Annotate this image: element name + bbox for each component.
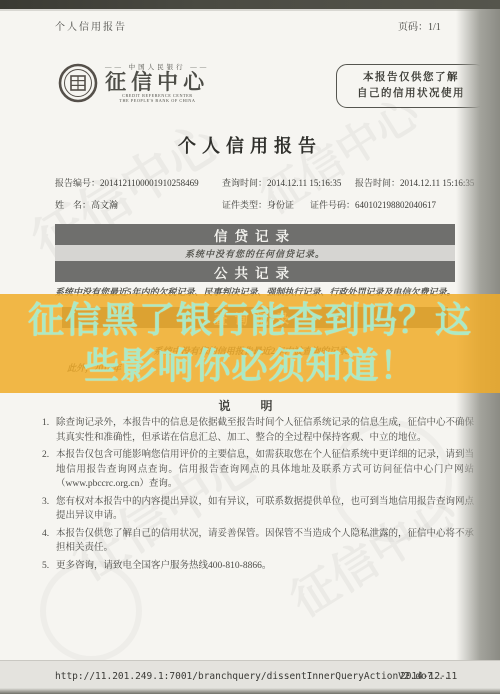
note-item: 1. 除查询记录外，本报告中的信息是依据截至报告时间个人征信系统记录的信息生成，…	[42, 416, 474, 445]
section-header-label: 信贷记录	[214, 225, 296, 245]
query-time: 查询时间：2014.12.11 15:16:35	[222, 176, 341, 189]
note-item: 2. 本报告仅包含可能影响您信用评价的主要信息，如需获取您在个人征信系统中更详细…	[42, 448, 474, 492]
note-text: 本报告仅包含可能影响您信用评价的主要信息，如需获取您在个人征信系统中更详细的记录…	[56, 450, 474, 489]
logo-english-line1: CREDIT REFERENCE CENTER	[122, 93, 193, 98]
note-item: 3. 您有权对本报告中的内容提出异议，如有异议，可联系数据提供单位，也可到当地信…	[42, 495, 474, 524]
logo-text-block: —— 中国人民银行 —— 征信中心 CREDIT REFERENCE CENTE…	[105, 62, 209, 103]
capture-date: 2014-12-11	[400, 671, 457, 682]
section-header-public-records: 公共记录	[55, 261, 455, 282]
note-text: 更多咨询，请致电全国客户服务热线400-810-8866。	[56, 561, 271, 571]
note-number: 3.	[42, 495, 49, 510]
page-header-title: 个人信用报告	[55, 18, 127, 33]
pboc-seal-icon	[58, 63, 98, 103]
report-meta-row1: 报告编号：2014121100001910258469 查询时间：2014.12…	[41, 176, 491, 190]
section-body-text: 系统中没有您的任何信贷记录。	[185, 247, 325, 260]
paper-top-edge	[0, 9, 500, 11]
credit-report-photo: 征信中心 征信中心 征信中心 征信中心 个人信用报告 页码：1/1 —— 中国人…	[0, 0, 500, 694]
id-type: 证件类型：身份证	[222, 198, 294, 211]
note-text: 您有权对本报告中的内容提出异议，如有异议，可联系数据提供单位，也可到当地信用报告…	[56, 497, 474, 522]
section-header-credit-records: 信贷记录	[55, 224, 455, 245]
person-name: 姓 名：高文瀚	[55, 198, 118, 211]
note-text: 本报告仅供您了解自己的信用状况，请妥善保管。因保管不当造成个人隐私泄露的，征信中…	[56, 529, 474, 554]
source-url: http://11.201.249.1:7001/branchquery/dis…	[55, 671, 450, 682]
pboc-logo: —— 中国人民银行 —— 征信中心 CREDIT REFERENCE CENTE…	[58, 62, 209, 103]
note-item: 4. 本报告仅供您了解自己的信用状况，请妥善保管。因保管不当造成个人隐私泄露的，…	[42, 527, 474, 556]
notes-section-title: 说 明	[0, 397, 500, 414]
section-header-label: 公共记录	[214, 262, 296, 282]
note-item: 5. 更多咨询，请致电全国客户服务热线400-810-8866。	[42, 559, 474, 574]
promo-overlay-banner: 征信黑了银行能查到吗？这 些影响你必须知道！	[0, 294, 500, 393]
logo-english-line2: THE PEOPLE'S BANK OF CHINA	[119, 98, 195, 103]
id-number: 证件号码：640102198802040617	[310, 198, 436, 211]
note-number: 2.	[42, 448, 49, 463]
page-number: 页码：1/1	[398, 18, 441, 33]
logo-center-name: 征信中心	[105, 71, 209, 93]
promo-headline-line1: 征信黑了银行能查到吗？这	[28, 298, 472, 344]
note-number: 1.	[42, 416, 49, 431]
note-number: 5.	[42, 559, 49, 574]
notes-list: 1. 除查询记录外，本报告中的信息是依据截至报告时间个人征信系统记录的信息生成，…	[42, 416, 474, 576]
note-number: 4.	[42, 527, 49, 542]
photo-edge-top	[0, 0, 500, 9]
note-text: 除查询记录外，本报告中的信息是依据截至报告时间个人征信系统记录的信息生成，征信中…	[56, 418, 474, 443]
report-number: 报告编号：2014121100001910258469	[55, 176, 199, 189]
report-meta-row2: 姓 名：高文瀚 证件类型：身份证 证件号码：640102198802040617	[41, 198, 491, 212]
section-body-credit-records: 系统中没有您的任何信贷记录。	[55, 245, 455, 261]
photo-edge-bottom	[0, 688, 500, 694]
report-title: 个人信用报告	[0, 132, 500, 158]
promo-headline-line2: 些影响你必须知道！	[83, 344, 416, 390]
